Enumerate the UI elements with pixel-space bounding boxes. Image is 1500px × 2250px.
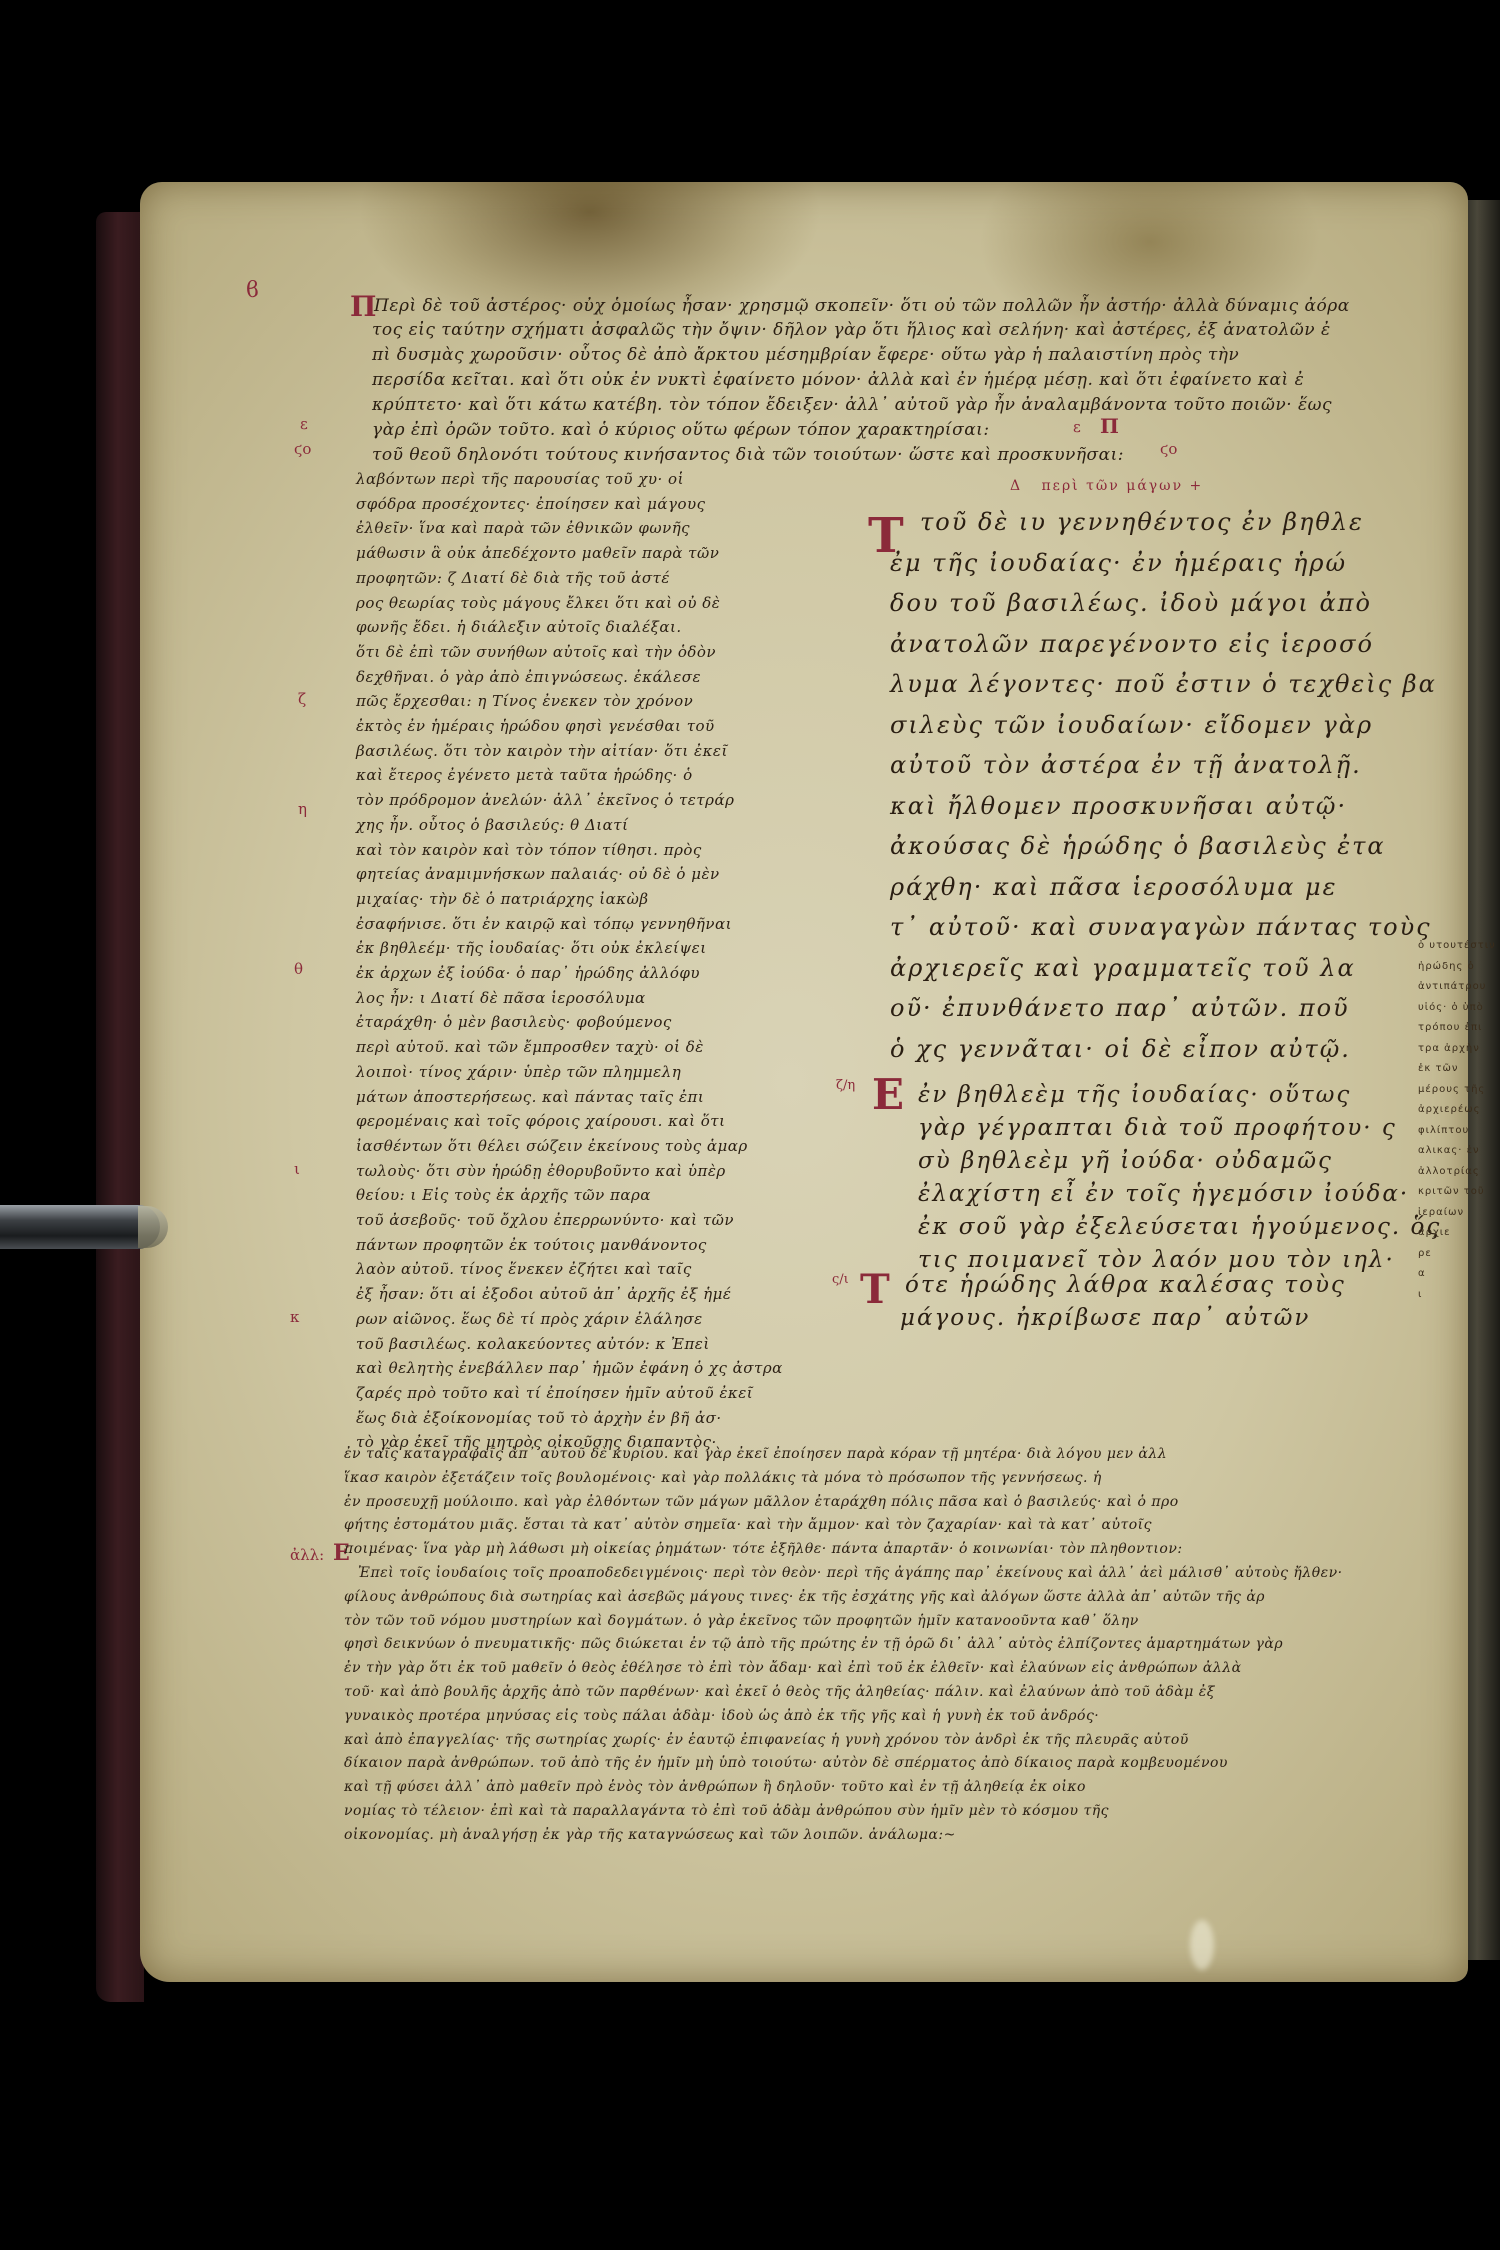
headpiece-title: περὶ τῶν μάγων + — [1041, 478, 1203, 494]
text-line: καὶ τῇ φύσει ἀλλ᾿ ἀπὸ μαθεῖν πρὸ ἑνὸς τὸ… — [344, 1779, 1086, 1795]
margin-numeral: ι — [294, 1160, 300, 1178]
margin-note-line: ὁ υτουτέστιν — [1418, 940, 1496, 951]
text-line: ἐκ ἀρχων ἐξ ἰούδα· ὁ παρ᾿ ἡρώδης ἀλλόφυ — [356, 964, 700, 982]
text-line: τος εἰς ταύτην σχήματι ἀσφαλῶς τὴν ὄψιν·… — [372, 320, 1331, 340]
text-line: ἐταράχθη· ὁ μὲν βασιλεὺς· φοβούμενος — [356, 1013, 672, 1031]
text-line: περὶ αὐτοῦ. καὶ τῶν ἔμπροσθεν ταχὺ· οἱ δ… — [356, 1038, 704, 1056]
text-line: πὶ δυσμὰς χωροῦσιν· οὗτος δὲ ἀπὸ ἄρκτου … — [372, 345, 1239, 365]
text-line: δου τοῦ βασιλέως. ἰδοὺ μάγοι ἀπὸ — [890, 589, 1372, 617]
text-line: τις ποιμανεῖ τὸν λαόν μου τὸν ιηλ· — [918, 1247, 1395, 1273]
text-line: ἐν τὴν γὰρ ὅτι ἐκ τοῦ μαθεῖν ὁ θεὸς ἐθέλ… — [344, 1660, 1242, 1676]
text-line: ἰασθέντων ὅτι θέλει σώζειν ἐκείνους τοὺς… — [356, 1137, 748, 1155]
text-line: ρος θεωρίας τοὺς μάγους ἔλκει ὅτι καὶ οὐ… — [356, 594, 720, 612]
text-line: τωλοὺς· ὅτι σὺν ἡρώδῃ ἐθορυβοῦντο καὶ ὑπ… — [356, 1162, 726, 1180]
text-line: ἐν προσευχῇ μούλοιπο. καὶ γὰρ ἐλθόντων τ… — [344, 1494, 1179, 1510]
text-line: φίλους ἀνθρώπους διὰ σωτηρίας καὶ ἀσεβῶς… — [344, 1589, 1265, 1605]
text-line: τὸν τῶν τοῦ νόμου μυστηρίων καὶ δογμάτων… — [344, 1613, 1139, 1629]
text-line: φητείας ἀναμιμνήσκων παλαιάς· οὐ δὲ ὁ μὲ… — [356, 865, 720, 883]
margin-note-line: ἀντιπάτρου — [1418, 981, 1486, 992]
text-line: λοιποὶ· τίνος χάριν· ὑπὲρ τῶν πλημμελη — [356, 1063, 681, 1081]
text-line: ότε ἡρώδης λάθρα καλέσας τοὺς — [905, 1272, 1346, 1298]
text-line: ἐν βηθλεὲμ τῆς ἰουδαίας· οὕτως — [918, 1082, 1351, 1108]
margin-note-line: ι — [1418, 1289, 1422, 1300]
text-line: φήτης ἐστομάτου μιᾶς. ἔσται τὰ κατ᾿ αὐτὸ… — [344, 1517, 1152, 1533]
text-line: σφόδρα προσέχοντες· ἐποίησεν καὶ μάγους — [356, 495, 706, 513]
text-line: ὁ χς γεννᾶται· οἱ δὲ εἶπον αὐτῷ. — [890, 1035, 1351, 1063]
margin-note-line: μέρους τῆς — [1418, 1084, 1485, 1095]
text-line: ἕως διὰ ἐξοίκονομίας τοῦ τὸ ἀρχὴν ἐν βῆ … — [356, 1409, 722, 1427]
margin-note-line: ἡρώδης ὁ — [1418, 961, 1475, 972]
margin-note-line: ἀρχιε — [1418, 1227, 1451, 1238]
margin-note-line: α — [1418, 1268, 1426, 1279]
text-line: καὶ ἀπὸ ἐπαγγελίας· τῆς σωτηρίας χωρίς· … — [344, 1732, 1189, 1748]
text-line: ἀρχιερεῖς καὶ γραμματεῖς τοῦ λα — [890, 954, 1356, 982]
margin-numeral: ϛο — [294, 440, 311, 458]
margin-numeral: ς/ι — [832, 1272, 849, 1287]
page-holder-clip — [0, 1205, 160, 1249]
gospel-initial: Ε — [872, 1070, 904, 1119]
text-line: ἐλαχίστη εἶ ἐν τοῖς ἡγεμόσιν ἰούδα· — [918, 1181, 1409, 1207]
margin-numeral: θ — [294, 960, 303, 978]
text-line: μάτων ἀποστερήσεως. καὶ πάντας ταῖς ἐπι — [356, 1088, 704, 1106]
section-headpiece: Δ περὶ τῶν μάγων + — [1010, 478, 1203, 494]
text-line: φωνῆς ἔδει. ἡ διάλεξιν αὐτοῖς διαλέξαι. — [356, 618, 682, 636]
text-line: λαὸν αὐτοῦ. τίνος ἕνεκεν ἐζήτει καὶ ταῖς — [356, 1260, 692, 1278]
text-line: περσίδα κεῖται. καὶ ὅτι οὐκ ἐν νυκτὶ ἐφα… — [372, 370, 1304, 390]
text-line: λυμα λέγοντες· ποῦ ἐστιν ὁ τεχθεὶς βα — [890, 670, 1437, 698]
text-line: πῶς ἔρχεσθαι: η Τίνος ἐνεκεν τὸν χρόνον — [356, 692, 693, 710]
margin-note-line: ἱεραίων — [1418, 1207, 1464, 1218]
text-line: τοῦ δὲ ιυ γεννηθέντος ἐν βηθλε — [920, 508, 1364, 536]
text-line: προφητῶν: ζ Διατί δὲ διὰ τῆς τοῦ ἀστέ — [356, 569, 670, 587]
text-line: ἐκ σοῦ γὰρ ἐξελεύσεται ἡγούμενος. ὅς — [918, 1214, 1441, 1240]
text-line: ἐν ταῖς καταγραφαῖς ἀπ᾿ αὐτοῦ δὲ κυρίου.… — [344, 1446, 1167, 1462]
text-line: οἰκονομίας. μὴ ἀναλγήσῃ ἐκ γὰρ τῆς καταγ… — [344, 1827, 956, 1843]
text-line: καὶ ἤλθομεν προσκυνῆσαι αὐτῷ· — [890, 792, 1347, 820]
text-line: κρύπτετο· καὶ ὅτι κάτω κατέβη. τὸν τόπον… — [372, 395, 1332, 415]
text-line: σὺ βηθλεὲμ γῆ ἰούδα· οὐδαμῶς — [918, 1148, 1333, 1174]
text-line: μάθωσιν ἃ οὐκ ἀπεδέχοντο μαθεῖν παρὰ τῶν — [356, 544, 719, 562]
text-line: τοῦ ἀσεβοῦς· τοῦ ὄχλου ἐπερρωνύντο· καὶ … — [356, 1211, 734, 1229]
text-line: καὶ τὸν καιρὸν καὶ τὸν τόπον τίθησι. πρὸ… — [356, 841, 702, 859]
rubric-numeral: ϛο — [1160, 440, 1177, 458]
rubric-numeral: ε — [1073, 418, 1081, 436]
margin-note-line: τρα ἀρχὴν — [1418, 1043, 1480, 1054]
margin-note-line: τρόπου ἐπι — [1418, 1022, 1482, 1033]
text-line: καὶ θελητὴς ἐνεβάλλεν παρ᾿ ἡμῶν ἐφάνη ὁ … — [356, 1359, 783, 1377]
text-line: ρων αἰῶνος. ἕως δὲ τί πρὸς χάριν ἐλάλησε — [356, 1310, 703, 1328]
text-line: ἵκασ καιρὸν ἐξετάζειν τοῖς βουλομένοις· … — [344, 1470, 1102, 1486]
margin-numeral: η — [298, 800, 307, 818]
text-line: θείου: ι Εἰς τοὺς ἐκ ἀρχῆς τῶν παρα — [356, 1186, 651, 1204]
text-line: ἐμ τῆς ἰουδαίας· ἐν ἡμέραις ἡρώ — [890, 549, 1347, 577]
text-line: λαβόντων περὶ τῆς παρουσίας τοῦ χυ· οἱ — [356, 470, 684, 488]
text-line: ἀνατολῶν παρεγένοντο εἰς ἱεροσό — [890, 630, 1374, 658]
book-binding-left — [96, 212, 144, 2002]
text-line: φησὶ δεικνύων ὁ πνευματικῆς· πῶς διώκετα… — [344, 1636, 1283, 1652]
text-line: τοῦ βασιλέως. κολακεύοντες αὐτόν: κ Ἐπεὶ — [356, 1335, 710, 1353]
margin-note-line: υἱός· ὁ ὑπὸ — [1418, 1002, 1484, 1013]
margin-numeral: ζ — [298, 690, 306, 708]
text-line: ἐκτὸς ἐν ἡμέραις ἡρώδου φησὶ γενέσθαι το… — [356, 717, 715, 735]
gospel-initial: Τ — [860, 1266, 890, 1313]
text-line: αὐτοῦ τὸν ἀστέρα ἐν τῇ ἀνατολῇ. — [890, 751, 1362, 779]
margin-note-line: ἐκ τῶν — [1418, 1063, 1458, 1074]
margin-note-line: κριτῶν τοῦ — [1418, 1186, 1485, 1197]
text-line: φερομέναις καὶ τοῖς φόροις χαίρουσι. καὶ… — [356, 1112, 725, 1130]
text-line: τοῦ θεοῦ δηλονότι τούτους κινήσαντος διὰ… — [372, 445, 1124, 465]
text-line: ἐξ ἦσαν: ὅτι αἱ ἐξοδοι αὐτοῦ ἀπ᾿ ἀρχῆς ἐ… — [356, 1285, 731, 1303]
margin-note-line: ἀλλοτρίας — [1418, 1166, 1480, 1177]
initial-letter: Π — [350, 290, 376, 323]
text-line: τοῦ· καὶ ἀπὸ βουλῆς ἀρχῆς ἀπὸ τῶν παρθέν… — [344, 1684, 1215, 1700]
text-line: ἐσαφήνισε. ὅτι ἐν καιρῷ καὶ τόπῳ γεννηθῆ… — [356, 915, 732, 933]
text-line: δίκαιον παρὰ ἀνθρώπων. τοῦ ἀπὸ τῆς ἐν ἡμ… — [344, 1755, 1228, 1771]
text-line: λος ἦν: ι Διατί δὲ πᾶσα ἱεροσόλυμα — [356, 989, 646, 1007]
folio-mark: ϐ — [246, 278, 259, 303]
text-line: ἐλθεῖν· ἵνα καὶ παρὰ τῶν ἐθνικῶν φωνῆς — [356, 519, 690, 537]
text-line: δεχθῆναι. ὁ γὰρ ἀπὸ ἐπιγνώσεως. ἐκάλεσε — [356, 668, 701, 686]
text-line: πάντων προφητῶν ἐκ τούτοις μανθάνοντος — [356, 1236, 707, 1254]
margin-note-line: φιλίπτου — [1418, 1125, 1469, 1136]
margin-numeral: ε — [300, 415, 308, 433]
text-line: γὰρ ἐπὶ ὀρῶν τοῦτο. καὶ ὁ κύριος οὕτω φέ… — [372, 420, 990, 440]
text-line: ἐκ βηθλεέμ· τῆς ἰουδαίας· ὅτι οὐκ ἐκλείψ… — [356, 939, 707, 957]
text-line: μάγους. ἠκρίβωσε παρ᾿ αὐτῶν — [900, 1305, 1310, 1331]
text-line: γυναικὸς προτέρα μηνύσας εἰς τοὺς πάλαι … — [344, 1708, 1099, 1724]
text-line: βασιλέως. ὅτι τὸν καιρὸν τὴν αἰτίαν· ὅτι… — [356, 742, 728, 760]
text-line: μιχαίας· τὴν δὲ ὁ πατριάρχης ἰακὼβ — [356, 890, 649, 908]
text-line: νομίας τὸ τέλειον· ἐπὶ καὶ τὰ παραλλαγάν… — [344, 1803, 1109, 1819]
text-line: τ᾿ αὐτοῦ· καὶ συναγαγὼν πάντας τοὺς — [890, 913, 1432, 941]
text-line: ζαρές πρὸ τοῦτο καὶ τί ἐποίησεν ἡμῖν αὐτ… — [356, 1384, 753, 1402]
rubric-initial: Π — [1100, 414, 1119, 438]
text-line: οῦ· ἐπυνθάνετο παρ᾿ αὐτῶν. ποῦ — [890, 994, 1350, 1022]
text-line: Περὶ δὲ τοῦ ἀστέρος· οὐχ ὁμοίως ἦσαν· χρ… — [374, 296, 1350, 316]
text-line: ποιμένας· ἵνα γὰρ μὴ λάθωσι μὴ οἰκείας ῥ… — [344, 1541, 1183, 1557]
light-glare — [1190, 1920, 1214, 1970]
text-line: καὶ ἔτερος ἐγένετο μετὰ ταῦτα ἡρώδης· ὁ — [356, 766, 693, 784]
text-line: ἀκούσας δὲ ἡρώδης ὁ βασιλεὺς ἐτα — [890, 832, 1386, 860]
text-line: χης ἦν. οὗτος ὁ βασιλεύς: θ Διατί — [356, 816, 628, 834]
text-line: γὰρ γέγραπται διὰ τοῦ προφήτου· ς — [918, 1115, 1397, 1141]
margin-note-line: ἀρχιερέως — [1418, 1104, 1481, 1115]
text-line: τὸν πρόδρομον ἀνελών· ἀλλ᾿ ἐκεῖνος ὁ τετ… — [356, 791, 734, 809]
text-line: ὅτι δὲ ἐπὶ τῶν συνήθων αὐτοῖς καὶ τὴν ὁδ… — [356, 643, 716, 661]
text-line: Ἐπεὶ τοῖς ἰουδαίοις τοῖς προαποδεδειγμέν… — [358, 1565, 1343, 1581]
margin-numeral: ζ/η — [836, 1078, 855, 1093]
margin-note: ἀλλ: — [290, 1546, 324, 1564]
margin-numeral: κ — [290, 1308, 299, 1326]
text-line: σιλεὺς τῶν ἰουδαίων· εἴδομεν γὰρ — [890, 711, 1373, 739]
margin-note-line: αλικας· ἐν — [1418, 1145, 1480, 1156]
margin-note-line: ρε — [1418, 1248, 1432, 1259]
text-line: ράχθη· καὶ πᾶσα ἱεροσόλυμα με — [890, 873, 1338, 901]
headpiece-numeral: Δ — [1010, 478, 1022, 494]
